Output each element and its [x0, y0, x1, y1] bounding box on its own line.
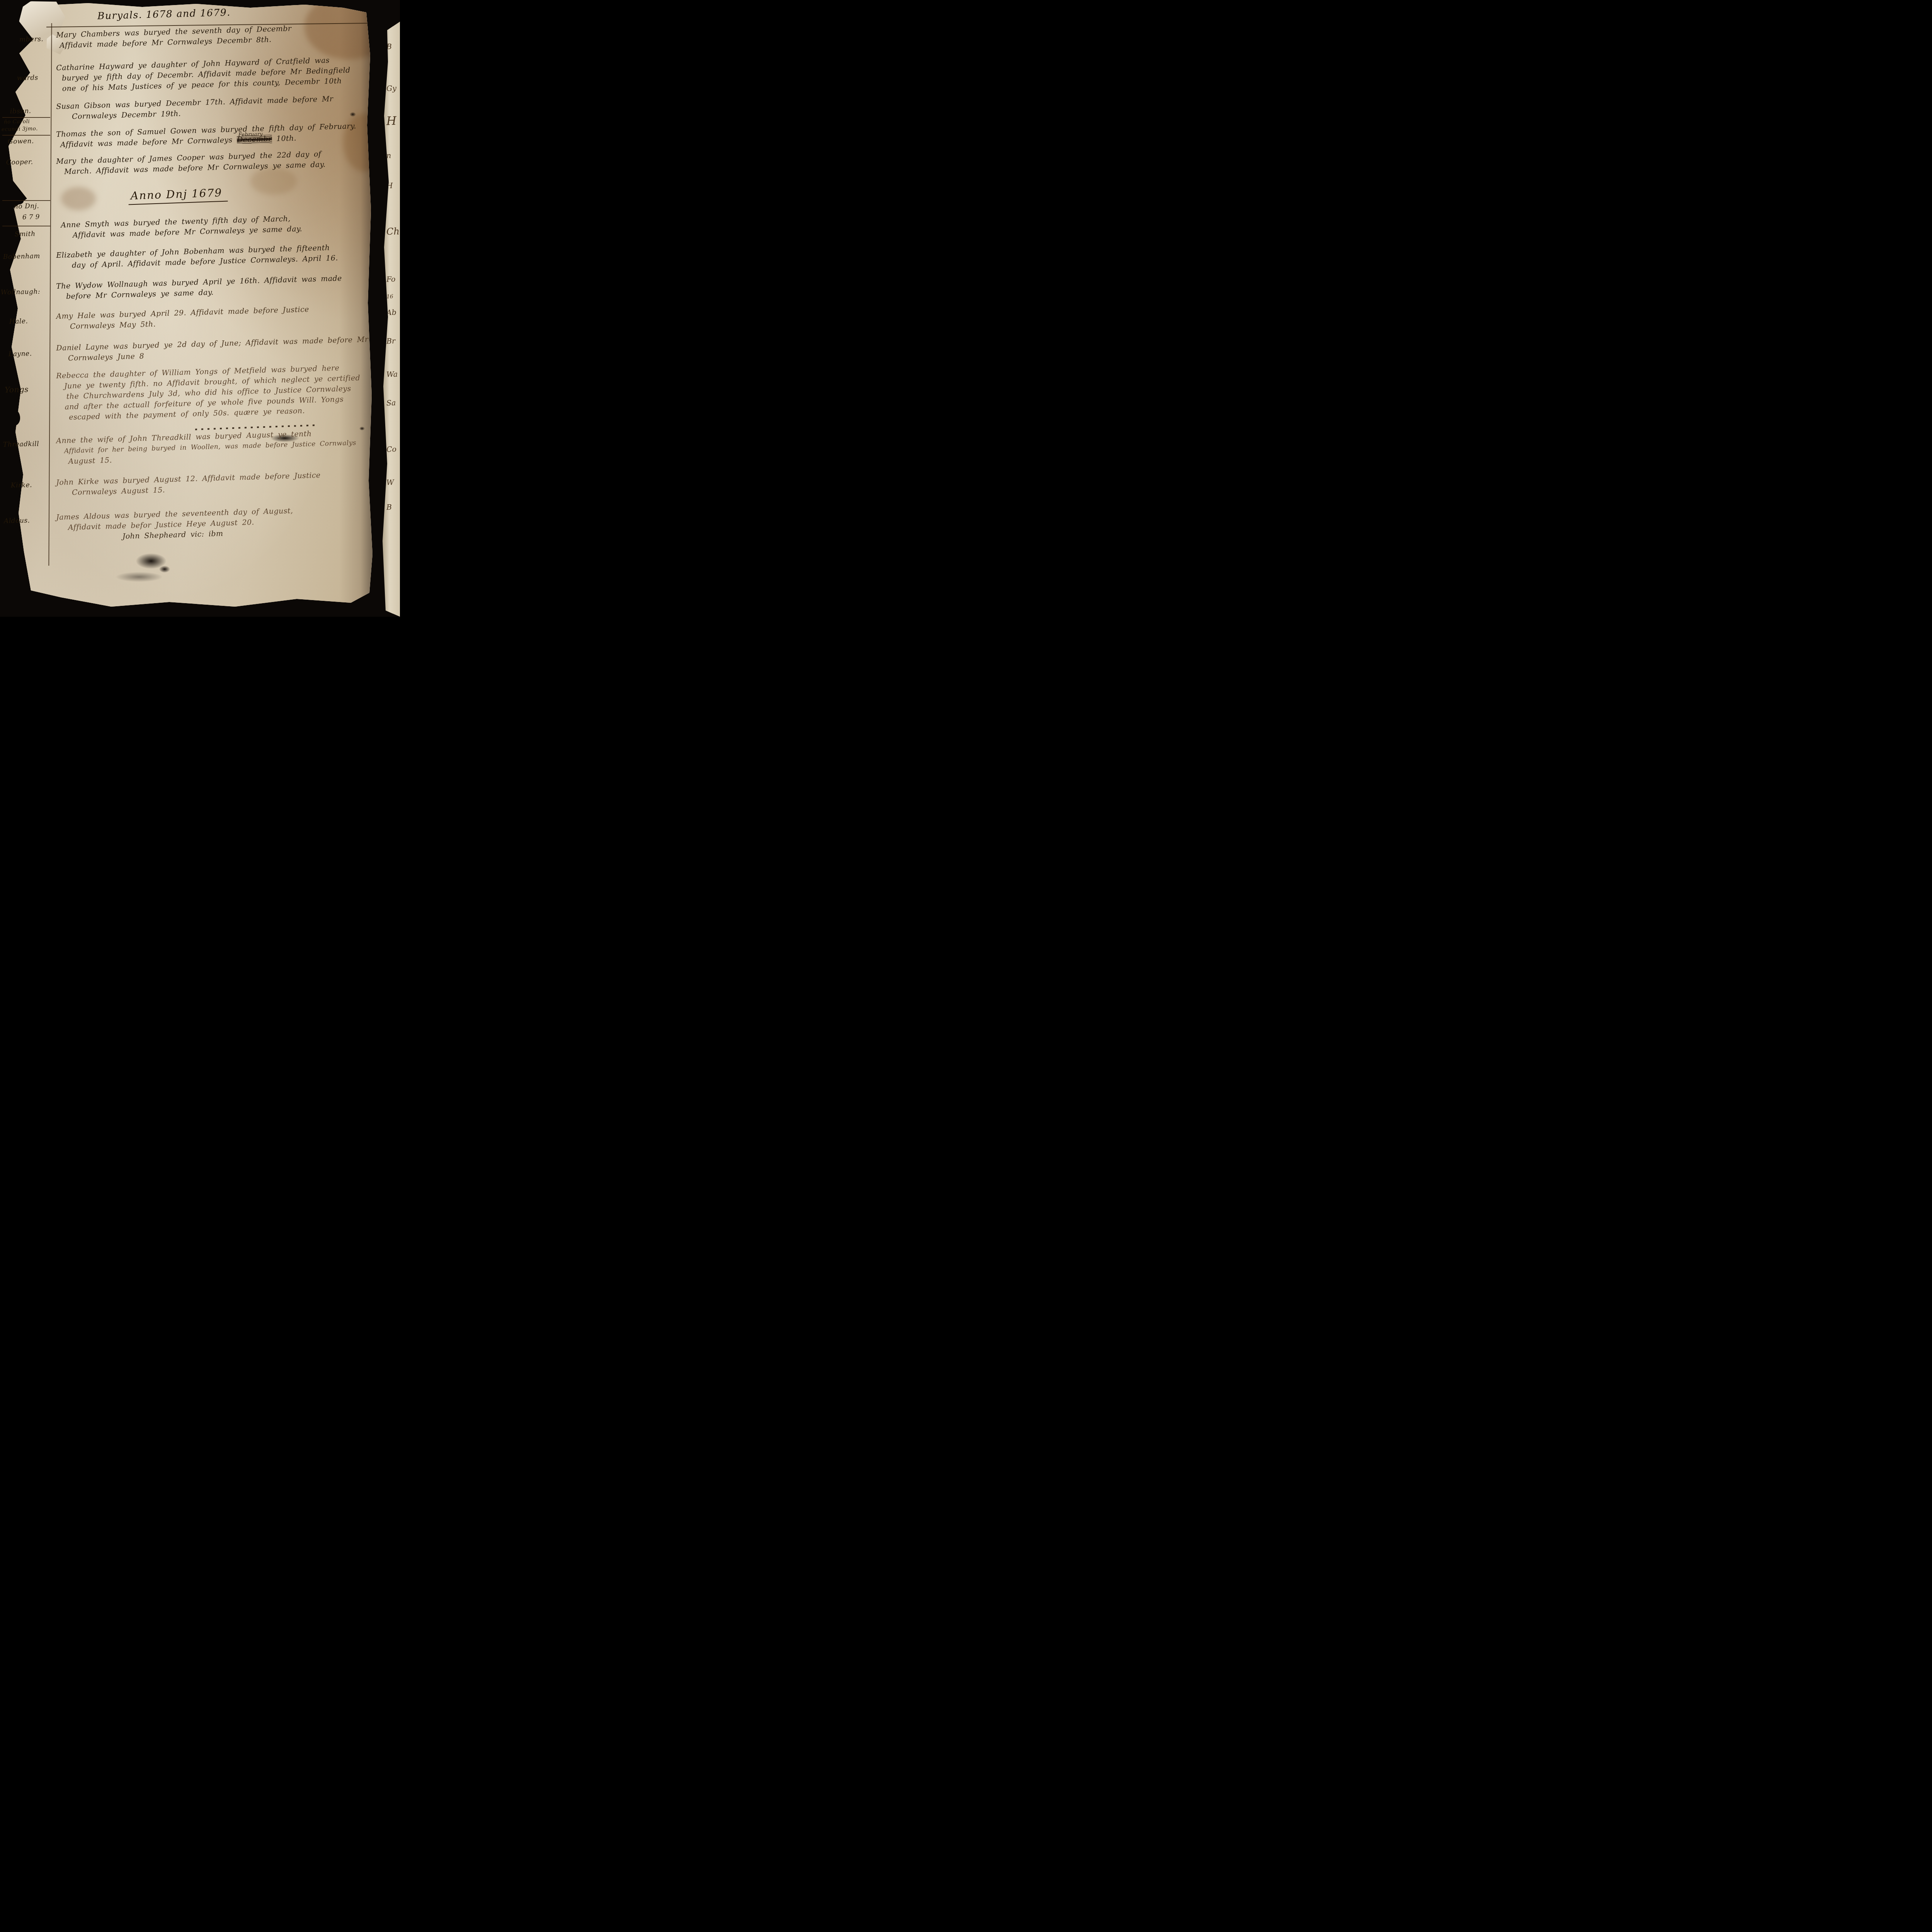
ink-blot: [116, 572, 162, 582]
margin-note-anno-dnj: no Dnj.: [14, 202, 39, 210]
facing-page-fragment: n: [386, 151, 391, 160]
entry-line-text: 10th.: [272, 134, 296, 143]
facing-page-fragment: B: [386, 43, 392, 51]
margin-note-anno-caroli-1: ño Caroli: [4, 118, 30, 125]
margin-box-line: [2, 135, 50, 136]
facing-page-fragment: Gy: [386, 84, 397, 93]
margin-name-gowen: Gowen.: [8, 137, 34, 145]
margin-name-gibson: ibson.: [10, 107, 31, 115]
stain: [61, 187, 96, 210]
facing-page-fragment: 16: [386, 294, 393, 300]
facing-page-fragment: Sa: [386, 399, 396, 408]
margin-name-kirke: Kirke.: [11, 481, 32, 489]
margin-name-aldous: Aldous.: [4, 517, 30, 525]
facing-page-fragment: Wa: [386, 370, 398, 379]
facing-page-edge: B Gy H n H Ch Fo 16 Ab Br Wa Sa Co W B: [381, 0, 400, 617]
facing-page-fragment: Ab: [386, 308, 397, 317]
margin-name-hale: Hale.: [9, 317, 28, 325]
margin-name-wollnaugh: Wollnaugh:: [1, 288, 40, 296]
ink-blot: [350, 112, 356, 117]
margin-box-line: [2, 226, 50, 226]
facing-page-fragment: B: [386, 503, 392, 512]
facing-page-fragment: H: [386, 182, 393, 190]
facing-page-fragment: Co: [386, 445, 397, 454]
inserted-word: February: [238, 129, 263, 140]
margin-name-smith: Smith: [15, 230, 36, 238]
margin-name-layne: Layne.: [9, 350, 32, 358]
margin-note-anno-caroli-2: ecundi 3jmo.: [2, 126, 38, 133]
entry-yongs: Rebecca the daughter of William Yongs of…: [56, 362, 372, 423]
facing-page-fragment: Br: [386, 337, 396, 346]
ink-blot: [159, 566, 170, 573]
facing-page-fragment: Ch: [386, 226, 400, 237]
margin-name-chambers: mbers.: [19, 35, 44, 43]
facing-page-fragment: Fo: [386, 275, 396, 284]
margin-name-bobenham: Bobenham: [3, 252, 40, 261]
margin-name-yongs: Yongs: [5, 384, 29, 394]
margin-note-anno-year: 679: [22, 213, 42, 221]
margin-name-threadkill: Threadkill: [3, 440, 39, 449]
facing-page-fragment: H: [386, 114, 396, 128]
manuscript-photo: Buryals. 1678 and 1679. mbers. wards ibs…: [0, 0, 400, 617]
margin-box-line: [2, 117, 50, 118]
facing-page-fragment: W: [386, 478, 394, 487]
margin-name-haywards: wards: [17, 74, 38, 82]
correction: DecembrFebruary: [237, 134, 272, 145]
stain: [250, 168, 297, 195]
margin-name-cooper: Cooper.: [6, 158, 33, 166]
margin-box-line: [2, 200, 50, 201]
